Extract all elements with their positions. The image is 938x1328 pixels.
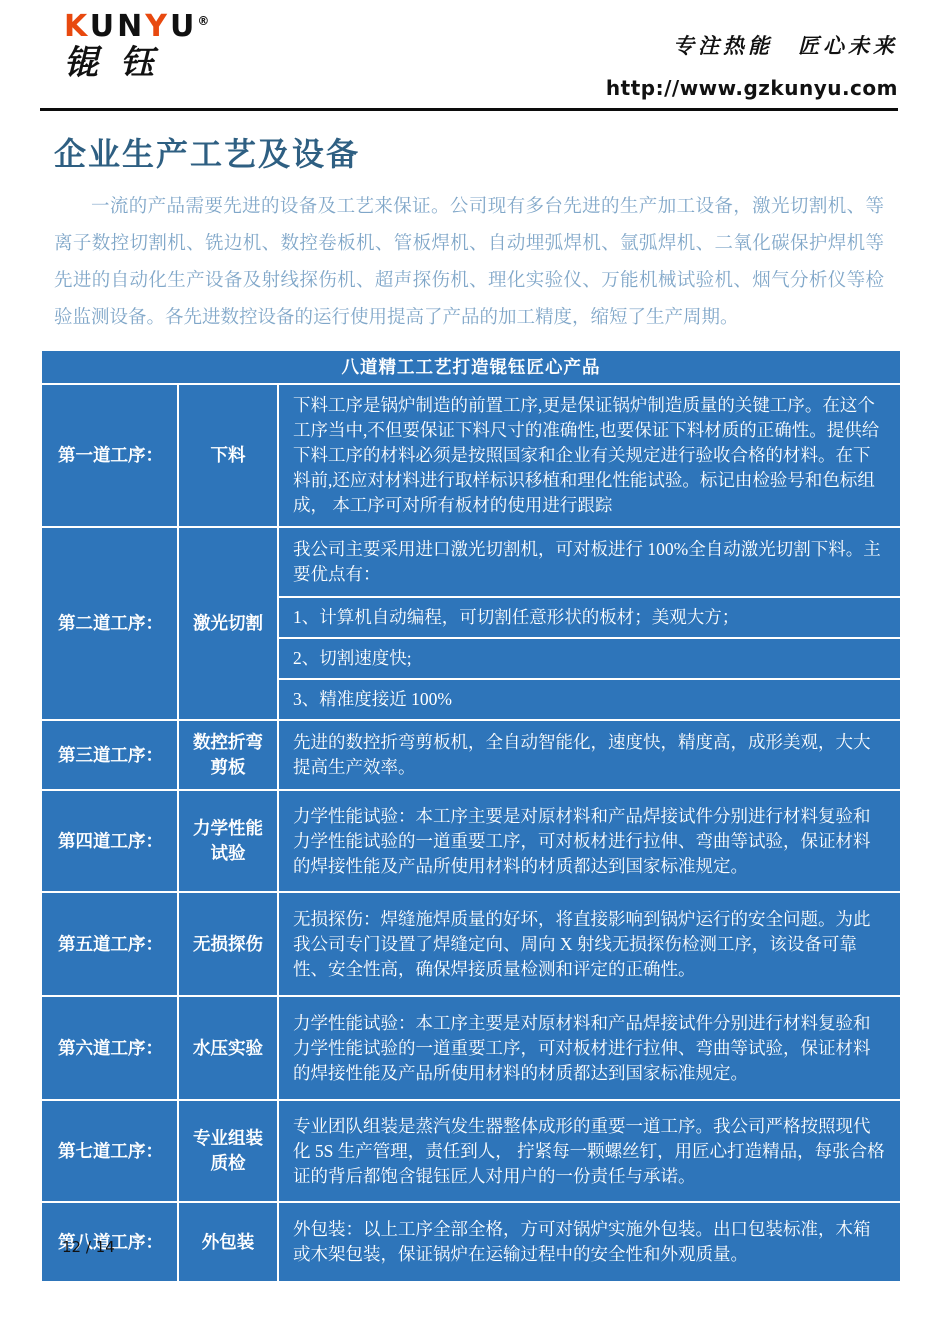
table-row: 第二道工序： 激光切割 我公司主要采用进口激光切割机，可对板进行 100%全自动…: [42, 528, 900, 719]
process-name-cell: 无损探伤: [179, 893, 277, 995]
process-desc-cell: 下料工序是锅炉制造的前置工序,更是保证锅炉制造质量的关键工序。在这个工序当中,不…: [279, 385, 900, 526]
process-name-cell: 外包装: [179, 1203, 277, 1281]
table-row: 第七道工序： 专业组装质检 专业团队组装是蒸汽发生器整体成形的重要一道工序。我公…: [42, 1101, 900, 1201]
step-cell: 第二道工序：: [42, 528, 177, 719]
desc-sub-item: 1、计算机自动编程，可切割任意形状的板材；美观大方；: [279, 596, 900, 637]
page-header: KUNYU® 锟钰 专注热能 匠心未来 http://www.gzkunyu.c…: [40, 0, 898, 108]
process-desc-cell: 力学性能试验：本工序主要是对原材料和产品焊接试件分别进行材料复验和力学性能试验的…: [279, 791, 900, 891]
process-name-cell: 专业组装质检: [179, 1101, 277, 1201]
kunyu-logo: KUNYU® 锟钰: [64, 6, 209, 84]
logo-letter: Y: [145, 9, 170, 44]
table-title: 八道精工工艺打造锟钰匠心产品: [42, 351, 900, 383]
table-row: 第一道工序： 下料 下料工序是锅炉制造的前置工序,更是保证锅炉制造质量的关键工序…: [42, 385, 900, 526]
table-row: 第三道工序： 数控折弯剪板 先进的数控折弯剪板机，全自动智能化，速度快，精度高，…: [42, 721, 900, 789]
table-row: 第六道工序： 水压实验 力学性能试验：本工序主要是对原材料和产品焊接试件分别进行…: [42, 997, 900, 1099]
step-cell: 第三道工序：: [42, 721, 177, 789]
logo-wordmark: KUNYU®: [64, 6, 209, 42]
process-name-cell: 数控折弯剪板: [179, 721, 277, 789]
logo-letter: U: [170, 9, 197, 44]
step-cell: 第一道工序：: [42, 385, 177, 526]
logo-letter: K: [64, 9, 90, 44]
process-desc-cell: 先进的数控折弯剪板机，全自动智能化，速度快，精度高，成形美观，大大提高生产效率。: [279, 721, 900, 789]
registered-trademark-symbol: ®: [197, 14, 209, 28]
table-row: 第四道工序： 力学性能试验 力学性能试验：本工序主要是对原材料和产品焊接试件分别…: [42, 791, 900, 891]
page-number: 12 / 14: [62, 1238, 115, 1256]
logo-letter: N: [117, 9, 145, 44]
process-name-cell: 下料: [179, 385, 277, 526]
process-name-cell: 力学性能试验: [179, 791, 277, 891]
process-desc-cell: 我公司主要采用进口激光切割机，可对板进行 100%全自动激光切割下料。主要优点有…: [279, 528, 900, 719]
process-name-cell: 水压实验: [179, 997, 277, 1099]
company-website-url: http://www.gzkunyu.com: [606, 76, 898, 100]
step-cell: 第四道工序：: [42, 791, 177, 891]
step-cell: 第六道工序：: [42, 997, 177, 1099]
process-desc-cell: 外包装：以上工序全部全格，方可对锅炉实施外包装。出口包装标准，木箱或木架包装，保…: [279, 1203, 900, 1281]
intro-paragraph: 一流的产品需要先进的设备及工艺来保证。公司现有多台先进的生产加工设备，激光切割机…: [54, 189, 884, 337]
document-page: KUNYU® 锟钰 专注热能 匠心未来 http://www.gzkunyu.c…: [0, 0, 938, 1283]
company-tagline: 专注热能 匠心未来: [606, 30, 898, 60]
step-cell: 第五道工序：: [42, 893, 177, 995]
table-row: 第五道工序： 无损探伤 无损探伤：焊缝施焊质量的好坏，将直接影响到锅炉运行的安全…: [42, 893, 900, 995]
table-row: 第八道工序： 外包装 外包装：以上工序全部全格，方可对锅炉实施外包装。出口包装标…: [42, 1203, 900, 1281]
page-title: 企业生产工艺及设备: [54, 129, 898, 175]
logo-chinese-name: 锟钰: [64, 44, 209, 84]
header-right-block: 专注热能 匠心未来 http://www.gzkunyu.com: [606, 30, 898, 100]
logo-letter: U: [90, 9, 117, 44]
desc-sub-item: 我公司主要采用进口激光切割机，可对板进行 100%全自动激光切割下料。主要优点有…: [279, 528, 900, 596]
desc-sub-item: 3、精准度接近 100%: [279, 678, 900, 719]
desc-sub-item: 2、切割速度快;: [279, 637, 900, 678]
step-cell: 第七道工序：: [42, 1101, 177, 1201]
process-table: 八道精工工艺打造锟钰匠心产品 第一道工序： 下料 下料工序是锅炉制造的前置工序,…: [40, 349, 902, 1283]
process-desc-cell: 无损探伤：焊缝施焊质量的好坏，将直接影响到锅炉运行的安全问题。为此我公司专门设置…: [279, 893, 900, 995]
process-name-cell: 激光切割: [179, 528, 277, 719]
header-divider-line: [40, 108, 898, 111]
table-title-row: 八道精工工艺打造锟钰匠心产品: [42, 351, 900, 383]
process-desc-cell: 专业团队组装是蒸汽发生器整体成形的重要一道工序。我公司严格按照现代化 5S 生产…: [279, 1101, 900, 1201]
process-desc-cell: 力学性能试验：本工序主要是对原材料和产品焊接试件分别进行材料复验和力学性能试验的…: [279, 997, 900, 1099]
